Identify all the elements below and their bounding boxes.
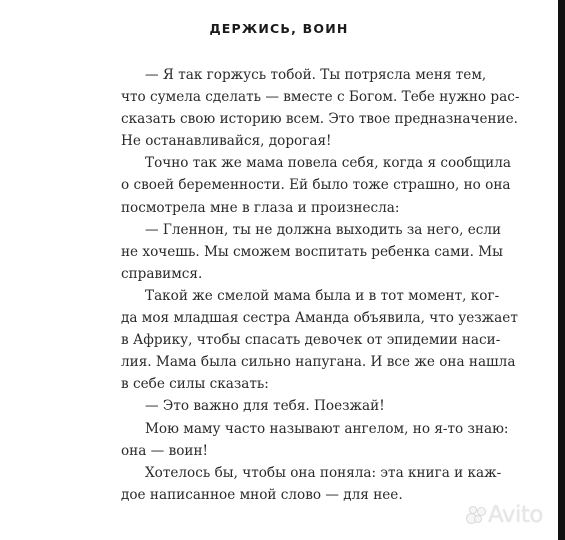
- text-line: — Гленнон, ты не должна выходить за него…: [121, 219, 425, 241]
- text-line: да моя младшая сестра Аманда объявила, ч…: [121, 307, 425, 329]
- body-text: — Я так горжусь тобой. Ты потрясла меня …: [121, 64, 425, 506]
- text-line: лия. Мама была сильно напугана. И все же…: [121, 351, 425, 373]
- text-line: что сумела сделать — вместе с Богом. Теб…: [121, 86, 425, 108]
- screen-edge: [558, 0, 565, 540]
- avito-watermark: Avito: [466, 502, 543, 528]
- avito-watermark-text: Avito: [488, 502, 543, 528]
- text-line: — Это важно для тебя. Поезжай!: [121, 395, 425, 417]
- text-line: посмотрела мне в глаза и произнесла:: [121, 197, 425, 219]
- text-line: в себе силы сказать:: [121, 373, 425, 395]
- text-line: в Африку, чтобы спасать девочек от эпиде…: [121, 329, 425, 351]
- avito-dots-icon: [466, 505, 486, 525]
- text-line: — Я так горжусь тобой. Ты потрясла меня …: [121, 64, 425, 86]
- text-line: Хотелось бы, чтобы она поняла: эта книга…: [121, 462, 425, 484]
- text-line: Точно так же мама повела себя, когда я с…: [121, 152, 425, 174]
- book-page: ДЕРЖИСЬ, ВОИН — Я так горжусь тобой. Ты …: [0, 0, 558, 540]
- text-line: справимся.: [121, 263, 425, 285]
- text-line: сказать свою историю всем. Это твое пред…: [121, 108, 425, 130]
- text-line: Не останавливайся, дорогая!: [121, 130, 425, 152]
- running-head: ДЕРЖИСЬ, ВОИН: [0, 21, 558, 36]
- text-line: не хочешь. Мы сможем воспитать ребенка с…: [121, 241, 425, 263]
- text-line: Такой же смелой мама была и в тот момент…: [121, 285, 425, 307]
- text-line: дое написанное мной слово — для нее.: [121, 484, 425, 506]
- text-line: она — воин!: [121, 440, 425, 462]
- text-line: Мою маму часто называют ангелом, но я-то…: [121, 418, 425, 440]
- text-line: о своей беременности. Ей было тоже страш…: [121, 174, 425, 196]
